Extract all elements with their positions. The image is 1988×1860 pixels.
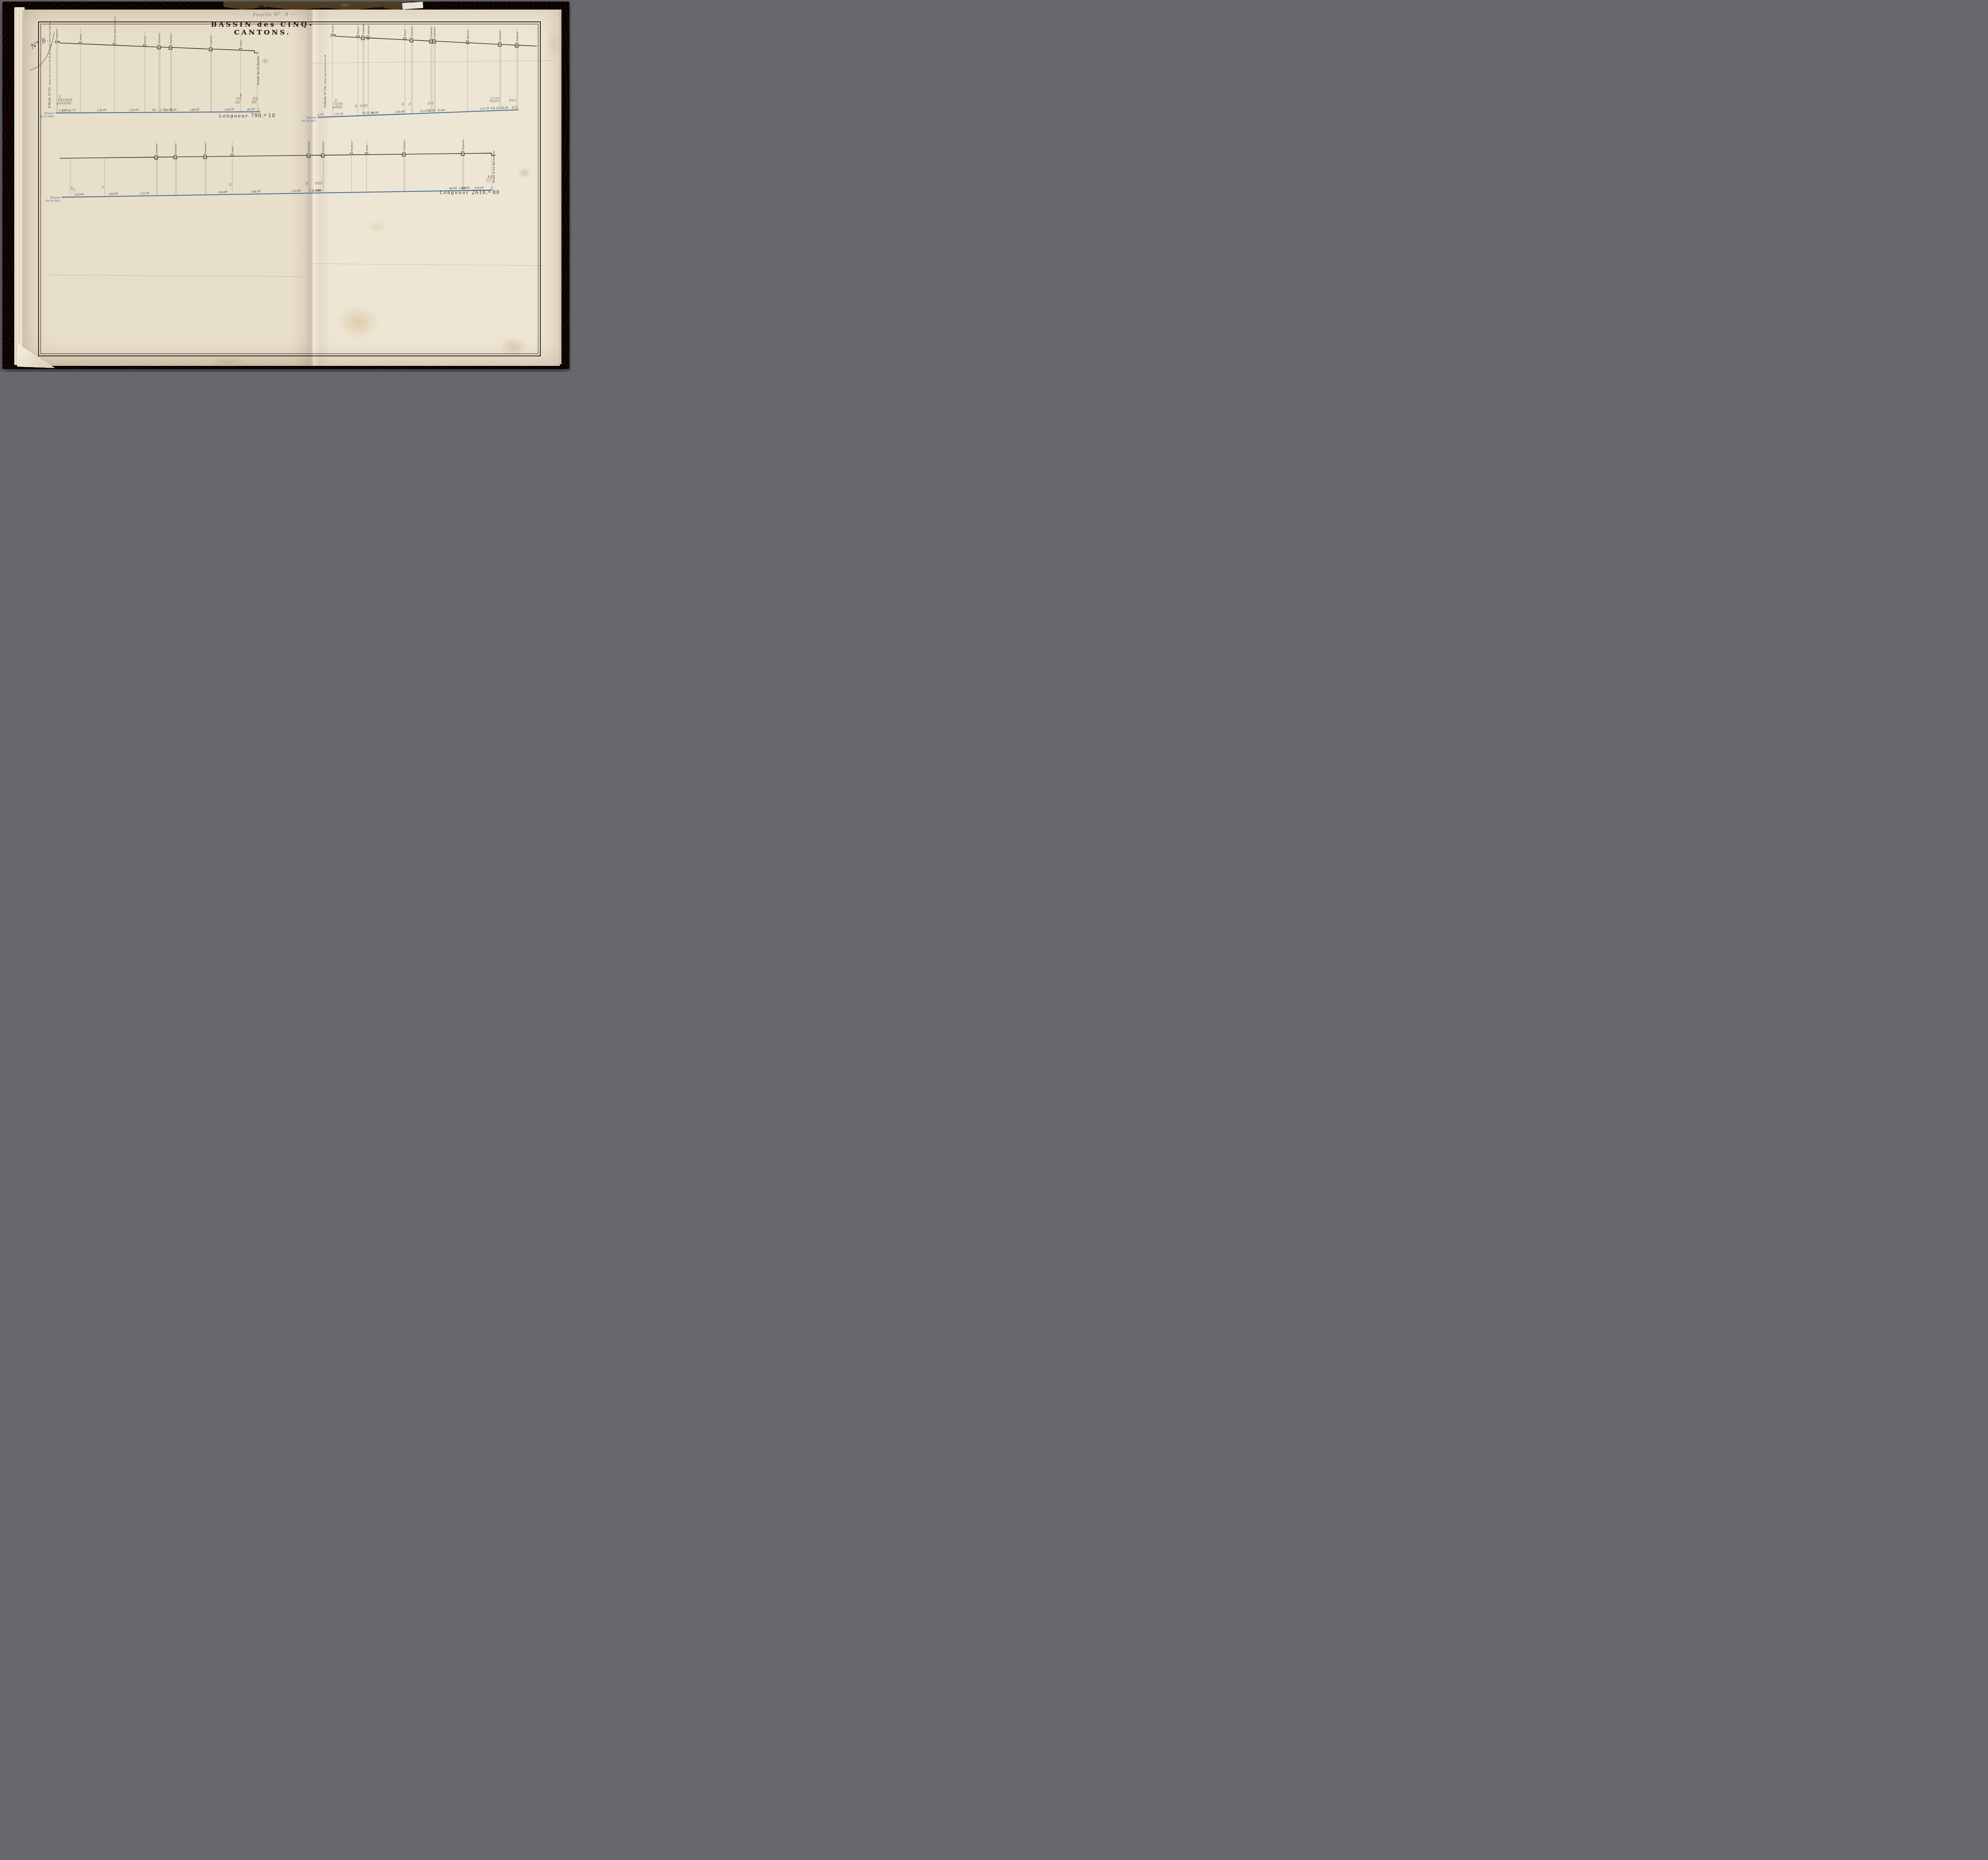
flourish-stroke — [26, 29, 62, 72]
plate-border — [38, 21, 541, 356]
book-cover: Feuille N°. 8 — N° 8. BASSIN des CINQ-CA… — [2, 2, 569, 369]
atlas-page: Feuille N°. 8 — N° 8. BASSIN des CINQ-CA… — [24, 10, 560, 366]
spine-leather — [223, 2, 410, 10]
plate-border-inner — [41, 24, 538, 354]
paper-stain — [211, 356, 247, 368]
plate-title: BASSIN des CINQ-CANTONS. — [199, 21, 326, 37]
page-edges-left — [14, 7, 25, 365]
paper-scrap — [402, 2, 423, 10]
corner-page-number: N° 8. — [26, 29, 62, 72]
photo-backdrop: Feuille N°. 8 — N° 8. BASSIN des CINQ-CA… — [0, 0, 571, 372]
